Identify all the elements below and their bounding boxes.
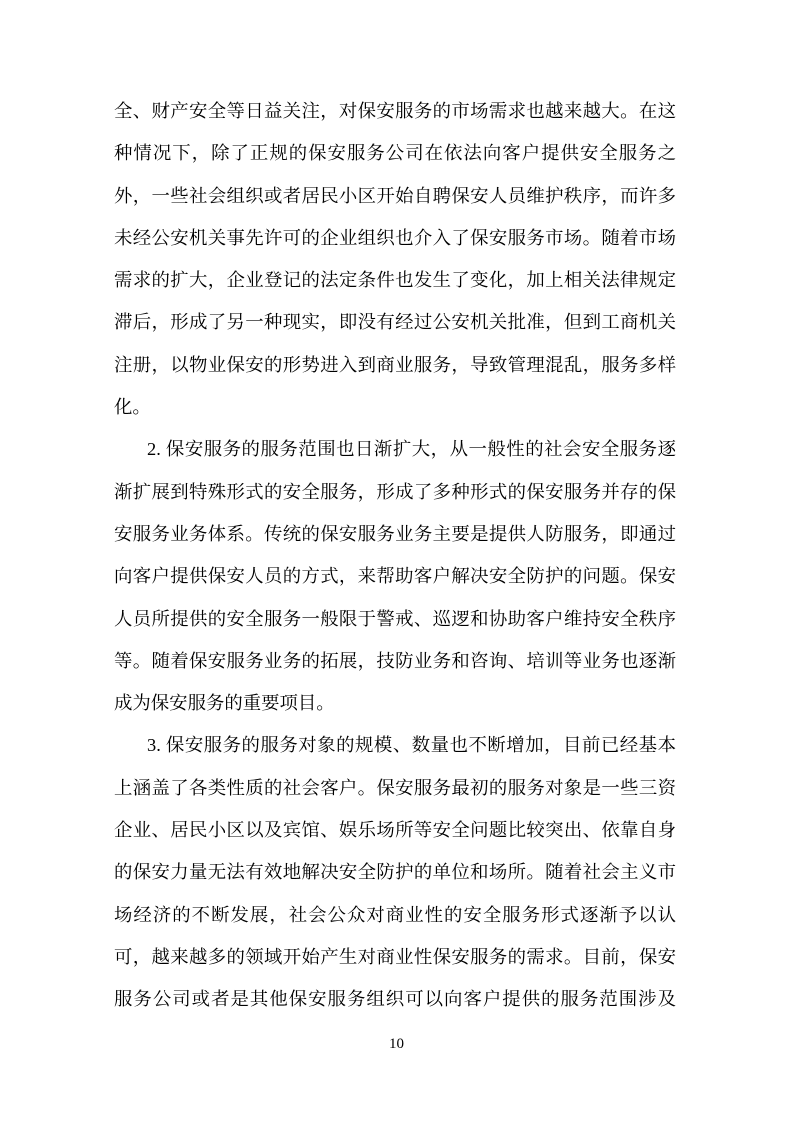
text-line: 渐扩展到特殊形式的安全服务，形成了多种形式的保安服务并存的保	[114, 471, 676, 513]
text-line: 种情况下，除了正规的保安服务公司在依法向客户提供安全服务之	[114, 132, 676, 174]
paragraph: 2. 保安服务的服务范围也日渐扩大，从一般性的社会安全服务逐 渐扩展到特殊形式的…	[114, 428, 676, 724]
text-line: 企业、居民小区以及宾馆、娱乐场所等安全问题比较突出、依靠自身	[114, 809, 676, 851]
text-line: 上涵盖了各类性质的社会客户。保安服务最初的服务对象是一些三资	[114, 767, 676, 809]
text-line: 全、财产安全等日益关注，对保安服务的市场需求也越来越大。在这	[114, 90, 676, 132]
text-line: 2. 保安服务的服务范围也日渐扩大，从一般性的社会安全服务逐	[114, 428, 676, 470]
text-line: 成为保安服务的重要项目。	[114, 682, 676, 724]
text-line: 化。	[114, 386, 676, 428]
text-line: 外，一些社会组织或者居民小区开始自聘保安人员维护秩序，而许多	[114, 175, 676, 217]
text-line: 注册，以物业保安的形势进入到商业服务，导致管理混乱，服务多样	[114, 344, 676, 386]
text-line: 等。随着保安服务业务的拓展，技防业务和咨询、培训等业务也逐渐	[114, 640, 676, 682]
text-line: 滞后，形成了另一种现实，即没有经过公安机关批准，但到工商机关	[114, 301, 676, 343]
text-line: 的保安力量无法有效地解决安全防护的单位和场所。随着社会主义市	[114, 851, 676, 893]
text-line: 可，越来越多的领域开始产生对商业性保安服务的需求。目前，保安	[114, 936, 676, 978]
text-line: 需求的扩大，企业登记的法定条件也发生了变化，加上相关法律规定	[114, 259, 676, 301]
document-page: 全、财产安全等日益关注，对保安服务的市场需求也越来越大。在这 种情况下，除了正规…	[0, 0, 793, 1122]
text-line: 服务公司或者是其他保安服务组织可以向客户提供的服务范围涉及	[114, 978, 676, 1020]
text-line: 人员所提供的安全服务一般限于警戒、巡逻和协助客户维持安全秩序	[114, 598, 676, 640]
text-line: 3. 保安服务的服务对象的规模、数量也不断增加，目前已经基本	[114, 724, 676, 766]
text-line: 安服务业务体系。传统的保安服务业务主要是提供人防服务，即通过	[114, 513, 676, 555]
text-line: 向客户提供保安人员的方式，来帮助客户解决安全防护的问题。保安	[114, 555, 676, 597]
page-text-body: 全、财产安全等日益关注，对保安服务的市场需求也越来越大。在这 种情况下，除了正规…	[114, 90, 676, 1021]
text-line: 场经济的不断发展，社会公众对商业性的安全服务形式逐渐予以认	[114, 894, 676, 936]
paragraph: 3. 保安服务的服务对象的规模、数量也不断增加，目前已经基本 上涵盖了各类性质的…	[114, 724, 676, 1020]
page-number: 10	[389, 1036, 404, 1052]
paragraph: 全、财产安全等日益关注，对保安服务的市场需求也越来越大。在这 种情况下，除了正规…	[114, 90, 676, 428]
text-line: 未经公安机关事先许可的企业组织也介入了保安服务市场。随着市场	[114, 217, 676, 259]
page-footer: 10	[0, 1034, 793, 1054]
